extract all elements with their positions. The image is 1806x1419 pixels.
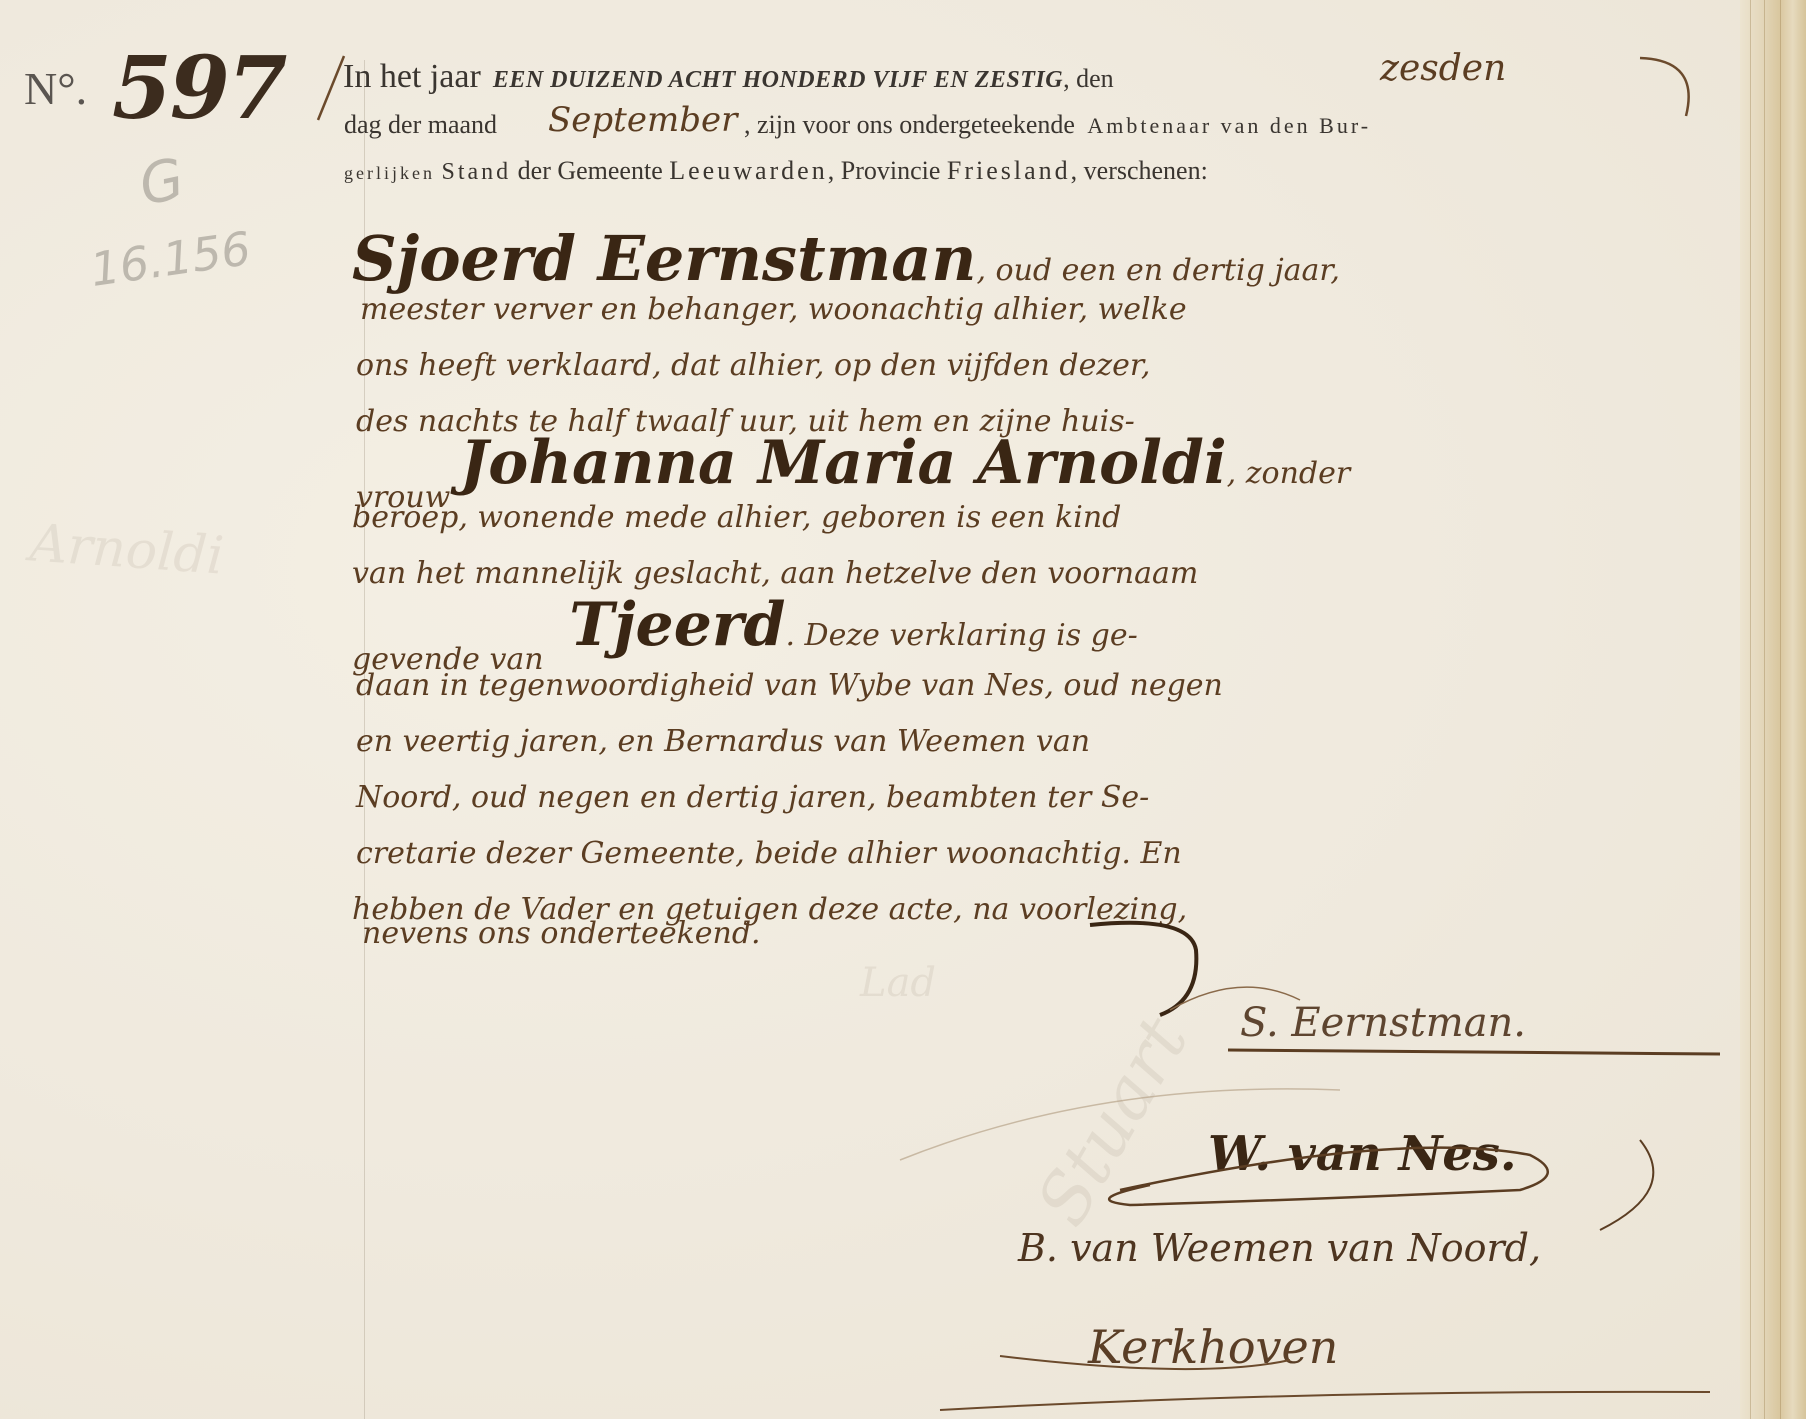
decorative-ink-strokes xyxy=(0,0,1806,1419)
register-page: Arnoldi Lad Stuart N°. 597 G 16.156 In h… xyxy=(0,0,1806,1419)
